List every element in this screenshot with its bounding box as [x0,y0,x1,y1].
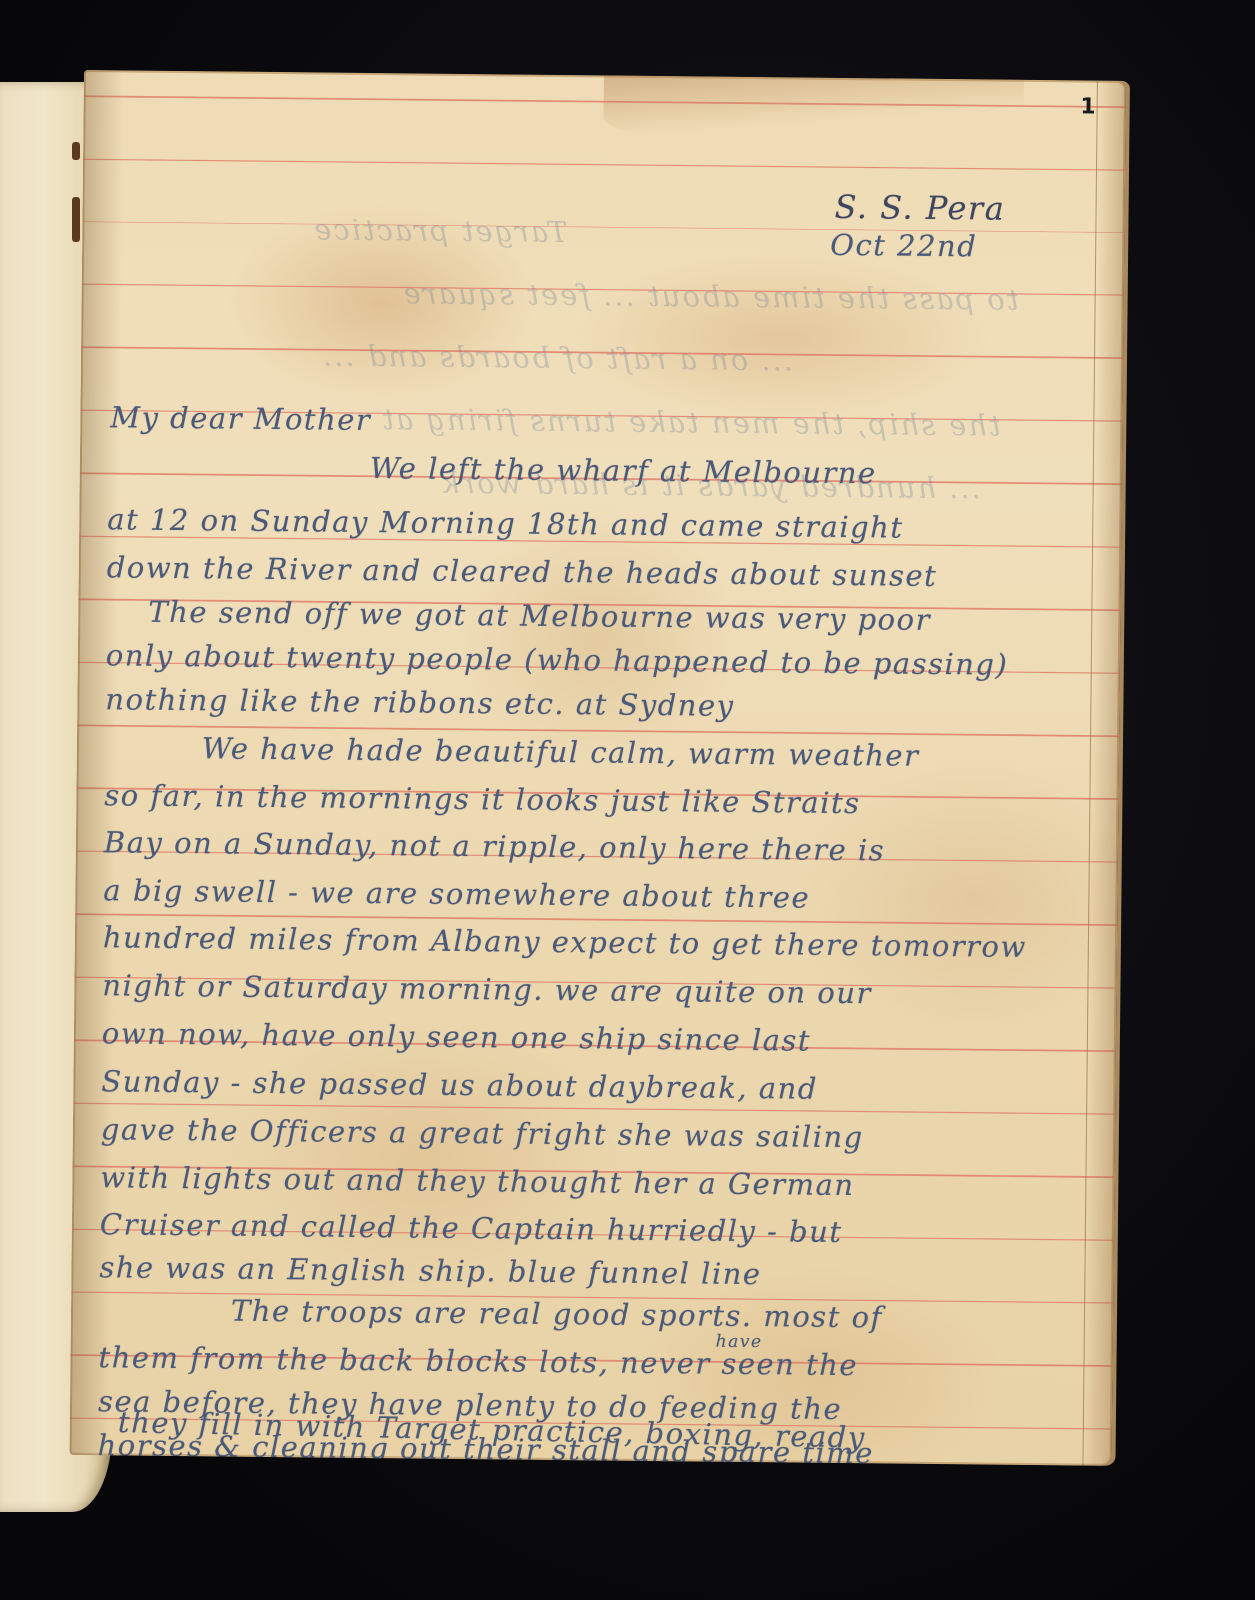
bleed-through-text: to pass the time about ... feet square [402,276,1019,316]
letter-line: We left the wharf at Melbourne [370,451,877,490]
bleed-through-text: the ship, the men take turns firing at [380,402,1001,442]
ship-name: S. S. Pera [834,188,1005,228]
letter-line: The troops are real good sports. most of [231,1294,883,1335]
binding-hole [72,142,80,160]
letter-date: Oct 22nd [830,228,977,264]
binding-hole [72,197,80,242]
letter-line: she was an English ship. blue funnel lin… [99,1250,761,1291]
bleed-through-text: Target practice [312,212,567,249]
bleed-through-text: ... on a raft of boards and ... [321,338,793,377]
page-number: 1 [1080,94,1096,119]
letter-line: nothing like the ribbons etc. at Sydney [105,682,734,723]
notebook-page: 1 Target practice to pass the time about… [69,70,1125,1466]
salutation: My dear Mother [110,400,371,437]
